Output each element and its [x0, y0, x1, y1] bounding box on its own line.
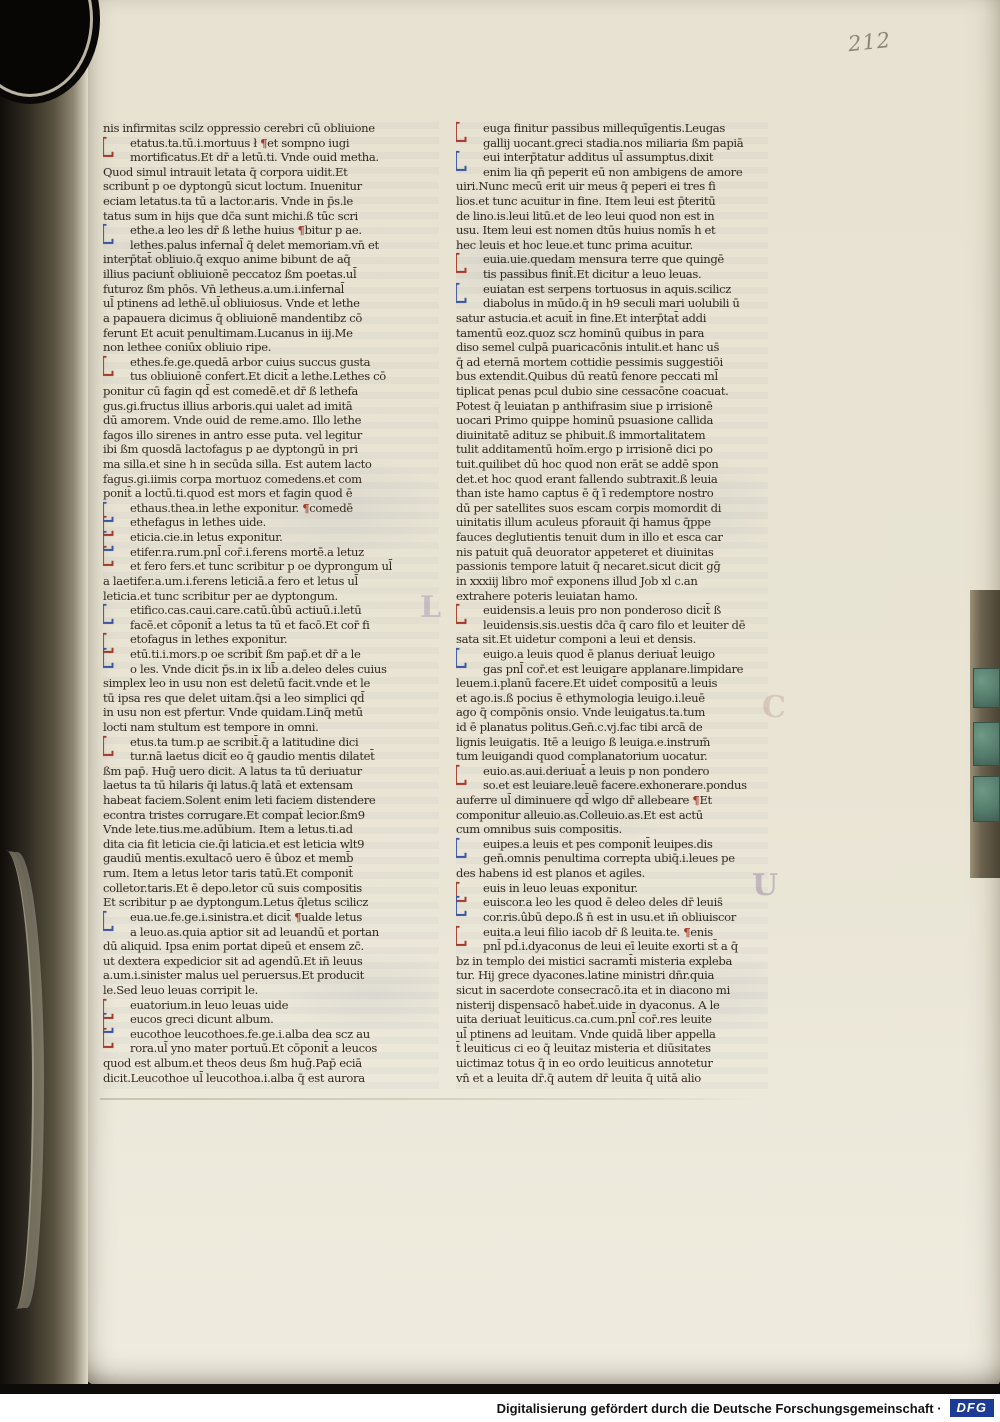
pilcrow-mark: ¶ [260, 136, 267, 150]
text-line: q̄ ad eternā mortem cottidie pessimis su… [456, 355, 768, 370]
line-text: nisterij dispensacō habet̄.uide in dyaco… [456, 998, 719, 1012]
text-line: Letofagus in lethes exponitur. [103, 632, 439, 647]
line-text: euatorium.in leuo leuas uide [130, 998, 288, 1012]
text-line: lethes.palus infernal̄ q̄ delet memoriam… [103, 238, 439, 253]
line-text: eciam letatus.ta tū a lactor.aris. Vnde … [103, 194, 353, 208]
line-text: enim lia qn̄ peperit eū non ambigens de … [483, 165, 742, 179]
line-text: locti nam stultum est tempore in omni. [103, 720, 318, 734]
text-line: nisterij dispensacō habet̄.uide in dyaco… [456, 998, 768, 1013]
line-text: dicit.Leucothoe ul̄ leucothoa.i.alba q̄ … [103, 1071, 365, 1085]
line-text: tum leuigandi quod complanatorium uocatu… [456, 749, 707, 763]
text-line: t̄ leuiticus ci eo q̄ leuitaz misteria e… [456, 1041, 768, 1056]
text-line: Leuatorium.in leuo leuas uide [103, 998, 439, 1013]
text-line: vn̄ et a leuita dr̄.q̄ autem dr̄ leuita … [456, 1071, 768, 1086]
line-text: tulit additamentū hoīm.ergo p irrisionē … [456, 442, 713, 456]
text-line: dicit.Leucothoe ul̄ leucothoa.i.alba q̄ … [103, 1071, 439, 1086]
line-text: euiatan est serpens tortuosus in aquis.s… [483, 282, 731, 296]
text-line: Et scribitur p ae dyptongum.Letus q̄letu… [103, 895, 439, 910]
line-text: gas pnl̄ cor̄.et est leuigare applanare.… [483, 662, 743, 676]
text-line: auferre ul̄ diminuere qd̄ wlgo dr̄ alleb… [456, 793, 768, 808]
line-text: tur. Hij grece dyacones.latine ministri … [456, 968, 714, 982]
line-text: eucos greci dicunt album. [130, 1012, 274, 1026]
text-line: hec leuis et hoc leue.et tunc prima acui… [456, 238, 768, 253]
text-line: tamentū eoz.quoz scz hominū quibus in pa… [456, 326, 768, 341]
line-text: diso semel culpā puaricacōnis intulit.et… [456, 340, 719, 354]
line-text: uinitatis illum aculeus pforauit q̄i ham… [456, 515, 711, 529]
line-text: etofagus in lethes exponitur. [130, 632, 287, 646]
line-text: ßm pap̄. Huḡ uero dicit. A latus ta tū d… [103, 764, 362, 778]
text-line: Lethes.fe.ge.quedā arbor cuius succus gu… [103, 355, 439, 370]
text-line: mortificatus.Et dr̄ a letū.ti. Vnde ouid… [103, 150, 439, 165]
lombard-initial: L [456, 894, 480, 922]
text-line: locti nam stultum est tempore in omni. [103, 720, 439, 735]
line-text: simplex leo in usu non est deletū facit.… [103, 676, 370, 690]
text-line: dita cia fit leticia cie.q̄i laticia.et … [103, 837, 439, 852]
lombard-initial: L [103, 734, 127, 762]
text-line: ferunt Et acuit penultimam.Lucanus in ii… [103, 326, 439, 341]
line-text: fagus.gi.iimis corpa mortuoz comedens.et… [103, 472, 362, 486]
text-line: Leucos greci dicunt album. [103, 1012, 439, 1027]
line-text: euipes.a leuis et pes componit̄ leuipes.… [483, 837, 712, 851]
text-line: habeat faciem.Solent enim leti faciem di… [103, 793, 439, 808]
line-text: etifico.cas.caui.care.catū.ûbū actiuū.i.… [130, 603, 361, 617]
line-text: tiplicat penas pcul dubio sine cessacōne… [456, 384, 729, 398]
text-line: ponit̄ a loctū.ti.quod est mors et fagin… [103, 486, 439, 501]
line-text: a.um.i.sinister malus uel peruersus.Et p… [103, 968, 364, 982]
line-text: in xxxiij libro mor̄ exponens illud Job … [456, 574, 697, 588]
line-text: ethes.fe.ge.quedā arbor cuius succus gus… [130, 355, 370, 369]
line-text: leticia.et tunc scribitur per ae dyptong… [103, 589, 338, 603]
text-line: a papauera dicimus q̄ obliuionē mandenti… [103, 311, 439, 326]
line-text: econtra tristes corrugare.Et compat̄ lec… [103, 808, 365, 822]
text-line: Lethaus.thea.in lethe exponitur. ¶comedē [103, 501, 439, 516]
text-line: det.et hoc quod erant fallendo subtraxit… [456, 472, 768, 487]
text-line: diso semel culpā puaricacōnis intulit.et… [456, 340, 768, 355]
line-text: colletor.taris.Et ē depo.letor cū suis c… [103, 881, 362, 895]
text-line: uiri.Nunc mecū erit uir meus q̄ peperi e… [456, 179, 768, 194]
text-line: Lethefagus in lethes uide. [103, 515, 439, 530]
line-text: euis in leuo leuas exponitur. [483, 881, 638, 895]
pilcrow-mark: ¶ [297, 223, 304, 237]
lombard-initial: L [103, 646, 127, 674]
text-line: ul̄ ptinens ad leuitam. Vnde quidā liber… [456, 1027, 768, 1042]
line-text: diabolus in mūdo.q̄ in h9 seculi mari uo… [483, 296, 740, 310]
line-text: uictimaz totus q̄ in eo ordo leuiticus a… [456, 1056, 713, 1070]
line-text: euidensis.a leuis pro non ponderoso dici… [483, 603, 721, 617]
line-text: etū.ti.i.mors.p oe scribit̄ ßm pap̄.et d… [130, 647, 361, 661]
text-line: tiplicat penas pcul dubio sine cessacōne… [456, 384, 768, 399]
lombard-initial: L [103, 544, 127, 572]
text-line: gaudiū mentis.exultacō uero ē ûboz et me… [103, 851, 439, 866]
scan-shadow-band [0, 1384, 1000, 1394]
line-text: ethe.a leo les dr̄ ß lethe huius ¶bitur … [130, 223, 362, 237]
text-line: in usu non est pfertur. Vnde quidam.Linq… [103, 705, 439, 720]
line-text: t̄ leuiticus ci eo q̄ leuitaz misteria e… [456, 1041, 711, 1055]
line-text: lethes.palus infernal̄ q̄ delet memoriam… [130, 238, 379, 252]
line-text: so.et est leuiare.leuē facere.exhonerare… [483, 778, 747, 792]
text-line: Vnde lete.tius.me.adūbium. Item a letus.… [103, 822, 439, 837]
line-text: gus.gi.fructus illius arboris.qui ualet … [103, 399, 352, 413]
page-stack-edges [0, 850, 34, 1310]
lombard-initial: L [456, 602, 480, 630]
lombard-initial: L [456, 251, 480, 279]
line-text: de lino.is.leui litū.et de leo leui quod… [456, 209, 714, 223]
text-line: tus obliuionē confert.Et dicit̄ a lethe.… [103, 369, 439, 384]
text-line: non lethee coniūx obliuio ripe. [103, 340, 439, 355]
line-text: pnl̄ pd̄.i.dyaconus de leui eī leuite ex… [483, 939, 738, 953]
line-text: et ago.is.ß pocius ē ethymologia leuigo.… [456, 691, 705, 705]
line-text: eua.ue.fe.ge.i.sinistra.et dicit̄ ¶ualde… [130, 910, 362, 924]
text-line: gas pnl̄ cor̄.et est leuigare applanare.… [456, 662, 768, 677]
text-line: leuidensis.sis.uestis dc̄a q̄ caro filo … [456, 618, 768, 633]
line-text: lios.et tunc acuitur in fine. Item leui … [456, 194, 715, 208]
line-text: ma silla.et sine h in secūda silla. Est … [103, 457, 372, 471]
text-line: eciam letatus.ta tū a lactor.aris. Vnde … [103, 194, 439, 209]
text-line: gen̄.omnis penultima correpta ubiq̄.i.le… [456, 851, 768, 866]
line-text: tū ipsa res que delet uitam.q̄si a leo s… [103, 691, 364, 705]
line-text: leuidensis.sis.uestis dc̄a q̄ caro filo … [483, 618, 745, 632]
line-text: diuinitatē adituz se phibuit.ß immortali… [456, 428, 705, 442]
lombard-initial: L [456, 646, 480, 674]
line-text: ut dextera expedicior sit ad agendū.Et i… [103, 954, 362, 968]
text-line: dū amorem. Vnde ouid de reme.amo. Illo l… [103, 413, 439, 428]
line-text: bz in templo dei mistici sacramt̄i miste… [456, 954, 732, 968]
line-text: nis patuit quā deuorator appeteret et di… [456, 545, 714, 559]
line-text: eticia.cie.in letus exponitur. [130, 530, 283, 544]
lombard-initial: L [103, 1026, 127, 1054]
text-column-left: nis infirmitas scilz oppressio cerebri c… [103, 121, 439, 1089]
text-line: Leuis in leuo leuas exponitur. [456, 881, 768, 896]
text-line: in xxxiij libro mor̄ exponens illud Job … [456, 574, 768, 589]
text-line: econtra tristes corrugare.Et compat̄ lec… [103, 808, 439, 823]
text-line: et ago.is.ß pocius ē ethymologia leuigo.… [456, 691, 768, 706]
text-line: rum. Item a letus letor taris tatū.Et co… [103, 866, 439, 881]
lombard-initial: L [103, 909, 127, 937]
text-line: uita deriuat̄ leuiticus.ca.cum.pnl̄ cor̄… [456, 1012, 768, 1027]
text-line: Leuipes.a leuis et pes componit̄ leuipes… [456, 837, 768, 852]
text-line: dū per satellites suos escam corpis momo… [456, 501, 768, 516]
lombard-initial: L [456, 763, 480, 791]
text-line: tuit.quilibet dū hoc quod non erāt se ad… [456, 457, 768, 472]
line-text: extrahere poteris leuiatan hamo. [456, 589, 638, 603]
text-line: cor.ris.ûbū depo.ß n̄ est in usu.et in̄ … [456, 910, 768, 925]
line-text: sicut in sacerdote consecracō.ita et in … [456, 983, 730, 997]
line-text: euio.as.aui.deriuat̄ a leuis p non ponde… [483, 764, 709, 778]
text-line: id ē planatus politus.Gen̄.c.vj.fac tibi… [456, 720, 768, 735]
text-line: tis passibus finit̄.Et dicitur a leuo le… [456, 267, 768, 282]
line-text: scribunt̄ p oe dyptongū sicut loctum. In… [103, 179, 362, 193]
line-text: det.et hoc quod erant fallendo subtraxit… [456, 472, 717, 486]
text-line: fagus.gi.iimis corpa mortuoz comedens.et… [103, 472, 439, 487]
line-text: tur.nā laetus dicit̄ eo q̄ gaudio mentis… [130, 749, 374, 763]
text-line: futuroz ßm phōs. Vn̄ letheus.a.um.i.infe… [103, 282, 439, 297]
bookmark-tab [973, 776, 1000, 822]
text-line: Lethe.a leo les dr̄ ß lethe huius ¶bitur… [103, 223, 439, 238]
line-text: a laetifer.a.um.i.ferens leticiā.a fero … [103, 574, 358, 588]
lombard-initial: L [103, 222, 127, 250]
text-line: gallij uocant.greci stadia.nos miliaria … [456, 136, 768, 151]
line-text: gaudiū mentis.exultacō uero ē ûboz et me… [103, 851, 353, 865]
line-text: des habens id est planos et agiles. [456, 866, 645, 880]
line-text: laetus ta tū hilaris q̄i latus.q̄ latā e… [103, 778, 353, 792]
text-line: a laetifer.a.um.i.ferens leticiā.a fero … [103, 574, 439, 589]
line-text: sata sit.Et uidetur componi a leui et de… [456, 632, 696, 646]
text-line: tur. Hij grece dyacones.latine ministri … [456, 968, 768, 983]
text-line: componitur alleuio.as.Colleuio.as.Et est… [456, 808, 768, 823]
line-text: satur astucia.et acuit̄ in fine.Et inter… [456, 311, 706, 325]
line-text: tis passibus finit̄.Et dicitur a leuo le… [483, 267, 701, 281]
line-text: euigo.a leuis quod ē planus deriuat̄ leu… [483, 647, 715, 661]
line-text: id ē planatus politus.Gen̄.c.vj.fac tibi… [456, 720, 702, 734]
line-text: usu. Item leui est nomen dtūs huius nomī… [456, 223, 715, 237]
text-line: Leuidensis.a leuis pro non ponderoso dic… [456, 603, 768, 618]
text-line: enim lia qn̄ peperit eū non ambigens de … [456, 165, 768, 180]
text-line: satur astucia.et acuit̄ in fine.Et inter… [456, 311, 768, 326]
text-line: uocari Primo quippe hominū psuasione cal… [456, 413, 768, 428]
text-line: dū aliquid. Ipsa enim portat dipeū et en… [103, 939, 439, 954]
text-line: Leui interp̄tatur additus ul̄ assumptus.… [456, 150, 768, 165]
text-line: simplex leo in usu non est deletū facit.… [103, 676, 439, 691]
text-line: Letū.ti.i.mors.p oe scribit̄ ßm pap̄.et … [103, 647, 439, 662]
lombard-initial: L [456, 924, 480, 952]
text-line: et fero fers.et tunc scribitur p oe dypr… [103, 559, 439, 574]
line-text: illius paciunt̄ obliuionē peccatoz ßm po… [103, 267, 356, 281]
text-line: Letifico.cas.caui.care.catū.ûbū actiuū.i… [103, 603, 439, 618]
line-text: facē.et cōponit̄ a letus ta tū et facō.E… [130, 618, 369, 632]
lombard-initial: L [456, 836, 480, 864]
line-text: ago q̄ compōnis onsio. Vnde leuigatus.ta… [456, 705, 705, 719]
line-text: le.Sed leuo leuas corripit le. [103, 983, 258, 997]
line-text: uita deriuat̄ leuiticus.ca.cum.pnl̄ cor̄… [456, 1012, 712, 1026]
line-text: quod est album.et theos deus ßm huḡ.Pap̄… [103, 1056, 362, 1070]
text-line: nis patuit quā deuorator appeteret et di… [456, 545, 768, 560]
line-text: fauces deglutientis tenuit dum in illo e… [456, 530, 723, 544]
line-text: Vnde lete.tius.me.adūbium. Item a letus.… [103, 822, 353, 836]
text-line: leuem.i.planū facere.Et uidet̄ compositū… [456, 676, 768, 691]
line-text: cum omnibus suis compositis. [456, 822, 622, 836]
text-line: Leuiatan est serpens tortuosus in aquis.… [456, 282, 768, 297]
line-text: uocari Primo quippe hominū psuasione cal… [456, 413, 713, 427]
line-text: a leuo.as.quia aptior sit ad leuandū et … [130, 925, 379, 939]
line-text: dū per satellites suos escam corpis momo… [456, 501, 721, 515]
text-line: Leuita.a leui filio iacob dr̄ ß leuita.t… [456, 925, 768, 940]
dfg-logo: DFG [950, 1399, 994, 1417]
text-line: Leuga finitur passibus millequīgentis.Le… [456, 121, 768, 136]
line-text: dū amorem. Vnde ouid de reme.amo. Illo l… [103, 413, 361, 427]
line-text: euita.a leui filio iacob dr̄ ß leuita.te… [483, 925, 713, 939]
lombard-initial: L [103, 354, 127, 382]
text-line: pnl̄ pd̄.i.dyaconus de leui eī leuite ex… [456, 939, 768, 954]
line-text: gen̄.omnis penultima correpta ubiq̄.i.le… [483, 851, 735, 865]
line-text: ethefagus in lethes uide. [130, 515, 266, 529]
line-text: tatus sum in hijs que dc̄a sunt michi.ß … [103, 209, 358, 223]
line-text: ibi ßm quosdā lactofagus p ae dyptongū i… [103, 442, 358, 456]
line-text: ponitur cū fagin qd̄ est comedē.et dr̄ ß… [103, 384, 358, 398]
text-column-right: Leuga finitur passibus millequīgentis.Le… [456, 121, 768, 1089]
underlying-page-edge [100, 1098, 760, 1100]
text-line: ibi ßm quosdā lactofagus p ae dyptongū i… [103, 442, 439, 457]
text-line: scribunt̄ p oe dyptongū sicut loctum. In… [103, 179, 439, 194]
text-line: nis infirmitas scilz oppressio cerebri c… [103, 121, 439, 136]
line-text: than iste hamo captus ē q̄ ī redemptore … [456, 486, 713, 500]
line-text: euia.uie.quedam mensura terre que quingē [483, 252, 724, 266]
text-line: leticia.et tunc scribitur per ae dyptong… [103, 589, 439, 604]
text-line: lios.et tunc acuitur in fine. Item leui … [456, 194, 768, 209]
line-text: mortificatus.Et dr̄ a letū.ti. Vnde ouid… [130, 150, 379, 164]
text-line: illius paciunt̄ obliuionē peccatoz ßm po… [103, 267, 439, 282]
text-line: interp̄tat̄ obliuio.q̄ exquo anime bibun… [103, 252, 439, 267]
text-line: than iste hamo captus ē q̄ ī redemptore … [456, 486, 768, 501]
line-text: lignis leuigatis. Itē a leuigo ß leuiga.… [456, 735, 710, 749]
manuscript-scan: 212 nis infirmitas scilz oppressio cereb… [0, 0, 1000, 1422]
line-text: tuit.quilibet dū hoc quod non erāt se ad… [456, 457, 718, 471]
line-text: interp̄tat̄ obliuio.q̄ exquo anime bibun… [103, 252, 350, 266]
line-text: ul̄ ptinens ad lethē.ul̄ obliuiosus. Vnd… [103, 296, 360, 310]
line-text: tamentū eoz.quoz scz hominū quibus in pa… [456, 326, 704, 340]
line-text: et fero fers.et tunc scribitur p oe dypr… [130, 559, 392, 573]
text-line: ponitur cū fagin qd̄ est comedē.et dr̄ ß… [103, 384, 439, 399]
text-line: ul̄ ptinens ad lethē.ul̄ obliuiosus. Vnd… [103, 296, 439, 311]
lombard-initial: L [456, 281, 480, 309]
line-text: uiri.Nunc mecū erit uir meus q̄ peperi e… [456, 179, 715, 193]
text-line: sata sit.Et uidetur componi a leui et de… [456, 632, 768, 647]
line-text: Et scribitur p ae dyptongum.Letus q̄letu… [103, 895, 368, 909]
text-line: gus.gi.fructus illius arboris.qui ualet … [103, 399, 439, 414]
line-text: rora.ul̄ yno mater portuū.Et cōponit̄ a … [130, 1041, 377, 1055]
text-line: tū ipsa res que delet uitam.q̄si a leo s… [103, 691, 439, 706]
line-text: etifer.ra.rum.pnl̄ cor̄.i.ferens mortē.a… [130, 545, 364, 559]
scanner-glass-corner [0, 0, 90, 94]
text-line: Letus.ta tum.p ae scribit̄.q̄ a latitudi… [103, 735, 439, 750]
line-text: q̄ ad eternā mortem cottidie pessimis su… [456, 355, 723, 369]
text-line: usu. Item leui est nomen dtūs huius nomī… [456, 223, 768, 238]
text-line: Letifer.ra.rum.pnl̄ cor̄.i.ferens mortē.… [103, 545, 439, 560]
lombard-initial: L [456, 121, 480, 148]
text-line: uictimaz totus q̄ in eo ordo leuiticus a… [456, 1056, 768, 1071]
pilcrow-mark: ¶ [302, 501, 309, 515]
text-line: Leuigo.a leuis quod ē planus deriuat̄ le… [456, 647, 768, 662]
line-text: nis infirmitas scilz oppressio cerebri c… [103, 121, 375, 135]
line-text: hec leuis et hoc leue.et tunc prima acui… [456, 238, 693, 252]
text-line: ma silla.et sine h in secūda silla. Est … [103, 457, 439, 472]
text-line: bus extendit.Quibus dū reatū fenore pecc… [456, 369, 768, 384]
line-text: gallij uocant.greci stadia.nos miliaria … [483, 136, 743, 150]
line-text: a papauera dicimus q̄ obliuionē mandenti… [103, 311, 362, 325]
text-line: diuinitatē adituz se phibuit.ß immortali… [456, 428, 768, 443]
footer-caption: Digitalisierung gefördert durch die Deut… [497, 1401, 942, 1416]
line-text: dū aliquid. Ipsa enim portat dipeū et en… [103, 939, 364, 953]
text-line: Letatus.ta.tū.i.mortuus ł ¶et sompno iug… [103, 136, 439, 151]
line-text: dita cia fit leticia cie.q̄i laticia.et … [103, 837, 364, 851]
line-text: fagos illo sirenes in antro esse puta. v… [103, 428, 362, 442]
text-line: Quod simul intrauit letata q̄ corpora ui… [103, 165, 439, 180]
text-line: ago q̄ compōnis onsio. Vnde leuigatus.ta… [456, 705, 768, 720]
text-line: bz in templo dei mistici sacramt̄i miste… [456, 954, 768, 969]
text-line: fauces deglutientis tenuit dum in illo e… [456, 530, 768, 545]
text-line: Potest q̄ leuiatan p anthifrasim siue p … [456, 399, 768, 414]
line-text: cor.ris.ûbū depo.ß n̄ est in usu.et in̄ … [483, 910, 736, 924]
text-line: tum leuigandi quod complanatorium uocatu… [456, 749, 768, 764]
text-line: Leucothoe leucothoes.fe.ge.i.alba dea sc… [103, 1027, 439, 1042]
line-text: bus extendit.Quibus dū reatū fenore pecc… [456, 369, 718, 383]
text-line: des habens id est planos et agiles. [456, 866, 768, 881]
line-text: non lethee coniūx obliuio ripe. [103, 340, 271, 354]
text-line: a leuo.as.quia aptior sit ad leuandū et … [103, 925, 439, 940]
line-text: ponit̄ a loctū.ti.quod est mors et fagin… [103, 486, 352, 500]
line-text: ferunt Et acuit penultimam.Lucanus in ii… [103, 326, 353, 340]
text-line: rora.ul̄ yno mater portuū.Et cōponit̄ a … [103, 1041, 439, 1056]
bookmark-tab [973, 722, 1000, 766]
text-line: tulit additamentū hoīm.ergo p irrisionē … [456, 442, 768, 457]
text-line: a.um.i.sinister malus uel peruersus.Et p… [103, 968, 439, 983]
pilcrow-mark: ¶ [683, 925, 690, 939]
lombard-initial: L [103, 602, 127, 630]
lombard-initial: L [456, 149, 480, 177]
text-line: de lino.is.leui litū.et de leo leui quod… [456, 209, 768, 224]
text-line: tur.nā laetus dicit̄ eo q̄ gaudio mentis… [103, 749, 439, 764]
text-line: o les. Vnde dicit p̄s.in ix lib̄ a.deleo… [103, 662, 439, 677]
line-text: etus.ta tum.p ae scribit̄.q̄ a latitudin… [130, 735, 358, 749]
folio-number: 212 [847, 28, 892, 56]
line-text: futuroz ßm phōs. Vn̄ letheus.a.um.i.infe… [103, 282, 344, 296]
text-line: extrahere poteris leuiatan hamo. [456, 589, 768, 604]
text-line: Leuio.as.aui.deriuat̄ a leuis p non pond… [456, 764, 768, 779]
text-line: colletor.taris.Et ē depo.letor cū suis c… [103, 881, 439, 896]
line-text: habeat faciem.Solent enim leti faciem di… [103, 793, 375, 807]
line-text: Potest q̄ leuiatan p anthifrasim siue p … [456, 399, 712, 413]
digitization-footer: Digitalisierung gefördert durch die Deut… [0, 1394, 1000, 1422]
text-line: ut dextera expedicior sit ad agendū.Et i… [103, 954, 439, 969]
text-line: Leua.ue.fe.ge.i.sinistra.et dicit̄ ¶uald… [103, 910, 439, 925]
text-line: diabolus in mūdo.q̄ in h9 seculi mari uo… [456, 296, 768, 311]
line-text: tus obliuionē confert.Et dicit̄ a lethe.… [130, 369, 386, 383]
text-line: lignis leuigatis. Itē a leuigo ß leuiga.… [456, 735, 768, 750]
pilcrow-mark: ¶ [692, 793, 699, 807]
line-text: euiscor.a leo les quod ē deleo deles dr̄… [483, 895, 723, 909]
line-text: passionis tempore latuit q̄ necaret.sicu… [456, 559, 720, 573]
text-line: uinitatis illum aculeus pforauit q̄i ham… [456, 515, 768, 530]
text-line: sicut in sacerdote consecracō.ita et in … [456, 983, 768, 998]
line-text: rum. Item a letus letor taris tatū.Et co… [103, 866, 353, 880]
text-line: passionis tempore latuit q̄ necaret.sicu… [456, 559, 768, 574]
line-text: ul̄ ptinens ad leuitam. Vnde quidā liber… [456, 1027, 716, 1041]
line-text: eucothoe leucothoes.fe.ge.i.alba dea scz… [130, 1027, 370, 1041]
text-line: Leuiscor.a leo les quod ē deleo deles dr… [456, 895, 768, 910]
book-binding-edge [0, 0, 88, 1392]
line-text: in usu non est pfertur. Vnde quidam.Linq… [103, 705, 363, 719]
lombard-initial: L [103, 135, 127, 163]
line-text: auferre ul̄ diminuere qd̄ wlgo dr̄ alleb… [456, 793, 712, 807]
line-text: etatus.ta.tū.i.mortuus ł ¶et sompno iugi [130, 136, 349, 150]
text-line: Leticia.cie.in letus exponitur. [103, 530, 439, 545]
text-line: quod est album.et theos deus ßm huḡ.Pap̄… [103, 1056, 439, 1071]
line-text: ethaus.thea.in lethe exponitur. ¶comedē [130, 501, 353, 515]
text-line: so.et est leuiare.leuē facere.exhonerare… [456, 778, 768, 793]
text-line: Leuia.uie.quedam mensura terre que quing… [456, 252, 768, 267]
text-line: cum omnibus suis compositis. [456, 822, 768, 837]
line-text: vn̄ et a leuita dr̄.q̄ autem dr̄ leuita … [456, 1071, 701, 1085]
text-line: ßm pap̄. Huḡ uero dicit. A latus ta tū d… [103, 764, 439, 779]
line-text: leuem.i.planū facere.Et uidet̄ compositū… [456, 676, 717, 690]
text-line: tatus sum in hijs que dc̄a sunt michi.ß … [103, 209, 439, 224]
line-text: o les. Vnde dicit p̄s.in ix lib̄ a.deleo… [130, 662, 387, 676]
bookmark-tab [973, 668, 1000, 708]
text-line: facē.et cōponit̄ a letus ta tū et facō.E… [103, 618, 439, 633]
line-text: euga finitur passibus millequīgentis.Leu… [483, 121, 725, 135]
text-line: le.Sed leuo leuas corripit le. [103, 983, 439, 998]
line-text: Quod simul intrauit letata q̄ corpora ui… [103, 165, 347, 179]
text-line: laetus ta tū hilaris q̄i latus.q̄ latā e… [103, 778, 439, 793]
